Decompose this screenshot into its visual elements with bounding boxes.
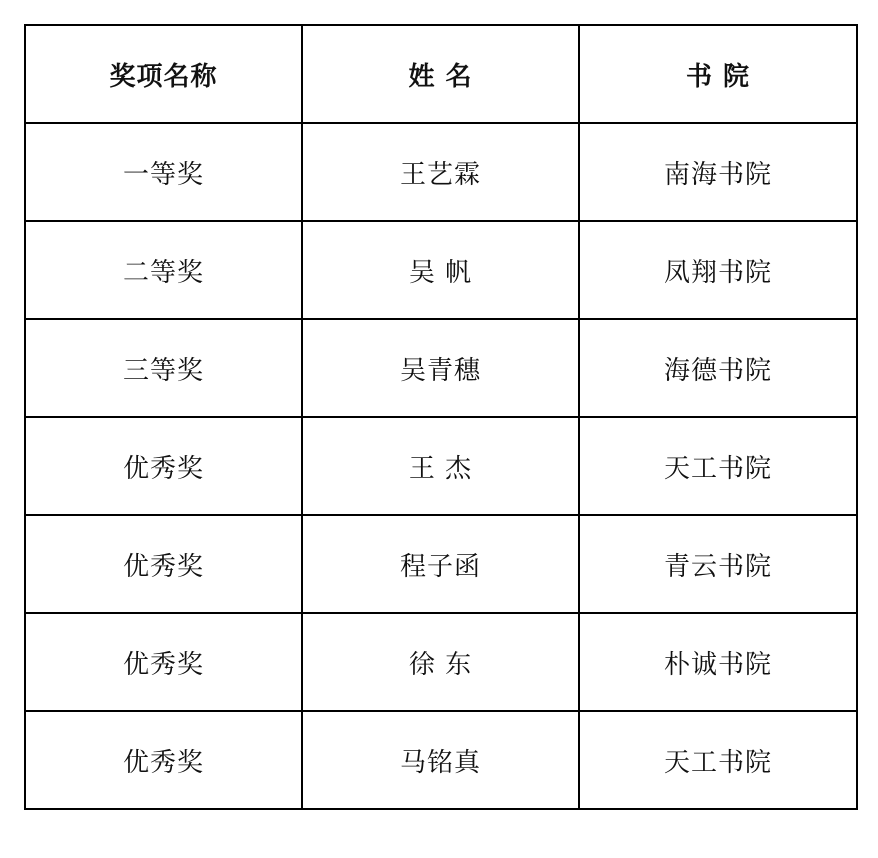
table-row: 优秀奖 程子函 青云书院 — [25, 515, 857, 613]
cell-award: 优秀奖 — [25, 711, 302, 809]
cell-name: 程子函 — [302, 515, 579, 613]
table-row: 二等奖 吴 帆 凤翔书院 — [25, 221, 857, 319]
cell-award: 优秀奖 — [25, 515, 302, 613]
table-header-row: 奖项名称 姓 名 书 院 — [25, 25, 857, 123]
table-row: 优秀奖 徐 东 朴诚书院 — [25, 613, 857, 711]
award-winners-table: 奖项名称 姓 名 书 院 一等奖 王艺霖 南海书院 二等奖 吴 帆 凤翔书院 三… — [24, 24, 858, 810]
table-row: 三等奖 吴青穗 海德书院 — [25, 319, 857, 417]
page: 奖项名称 姓 名 书 院 一等奖 王艺霖 南海书院 二等奖 吴 帆 凤翔书院 三… — [0, 0, 878, 858]
cell-name: 吴 帆 — [302, 221, 579, 319]
header-person-name: 姓 名 — [302, 25, 579, 123]
cell-award: 优秀奖 — [25, 417, 302, 515]
cell-name: 王艺霖 — [302, 123, 579, 221]
cell-award: 三等奖 — [25, 319, 302, 417]
cell-college: 天工书院 — [579, 417, 857, 515]
cell-college: 海德书院 — [579, 319, 857, 417]
cell-name: 王 杰 — [302, 417, 579, 515]
cell-college: 青云书院 — [579, 515, 857, 613]
cell-college: 天工书院 — [579, 711, 857, 809]
cell-college: 凤翔书院 — [579, 221, 857, 319]
cell-name: 马铭真 — [302, 711, 579, 809]
cell-name: 徐 东 — [302, 613, 579, 711]
table-row: 优秀奖 马铭真 天工书院 — [25, 711, 857, 809]
cell-college: 朴诚书院 — [579, 613, 857, 711]
table-row: 一等奖 王艺霖 南海书院 — [25, 123, 857, 221]
cell-award: 二等奖 — [25, 221, 302, 319]
cell-name: 吴青穗 — [302, 319, 579, 417]
table-row: 优秀奖 王 杰 天工书院 — [25, 417, 857, 515]
cell-award: 一等奖 — [25, 123, 302, 221]
header-award-name: 奖项名称 — [25, 25, 302, 123]
cell-award: 优秀奖 — [25, 613, 302, 711]
cell-college: 南海书院 — [579, 123, 857, 221]
header-college: 书 院 — [579, 25, 857, 123]
